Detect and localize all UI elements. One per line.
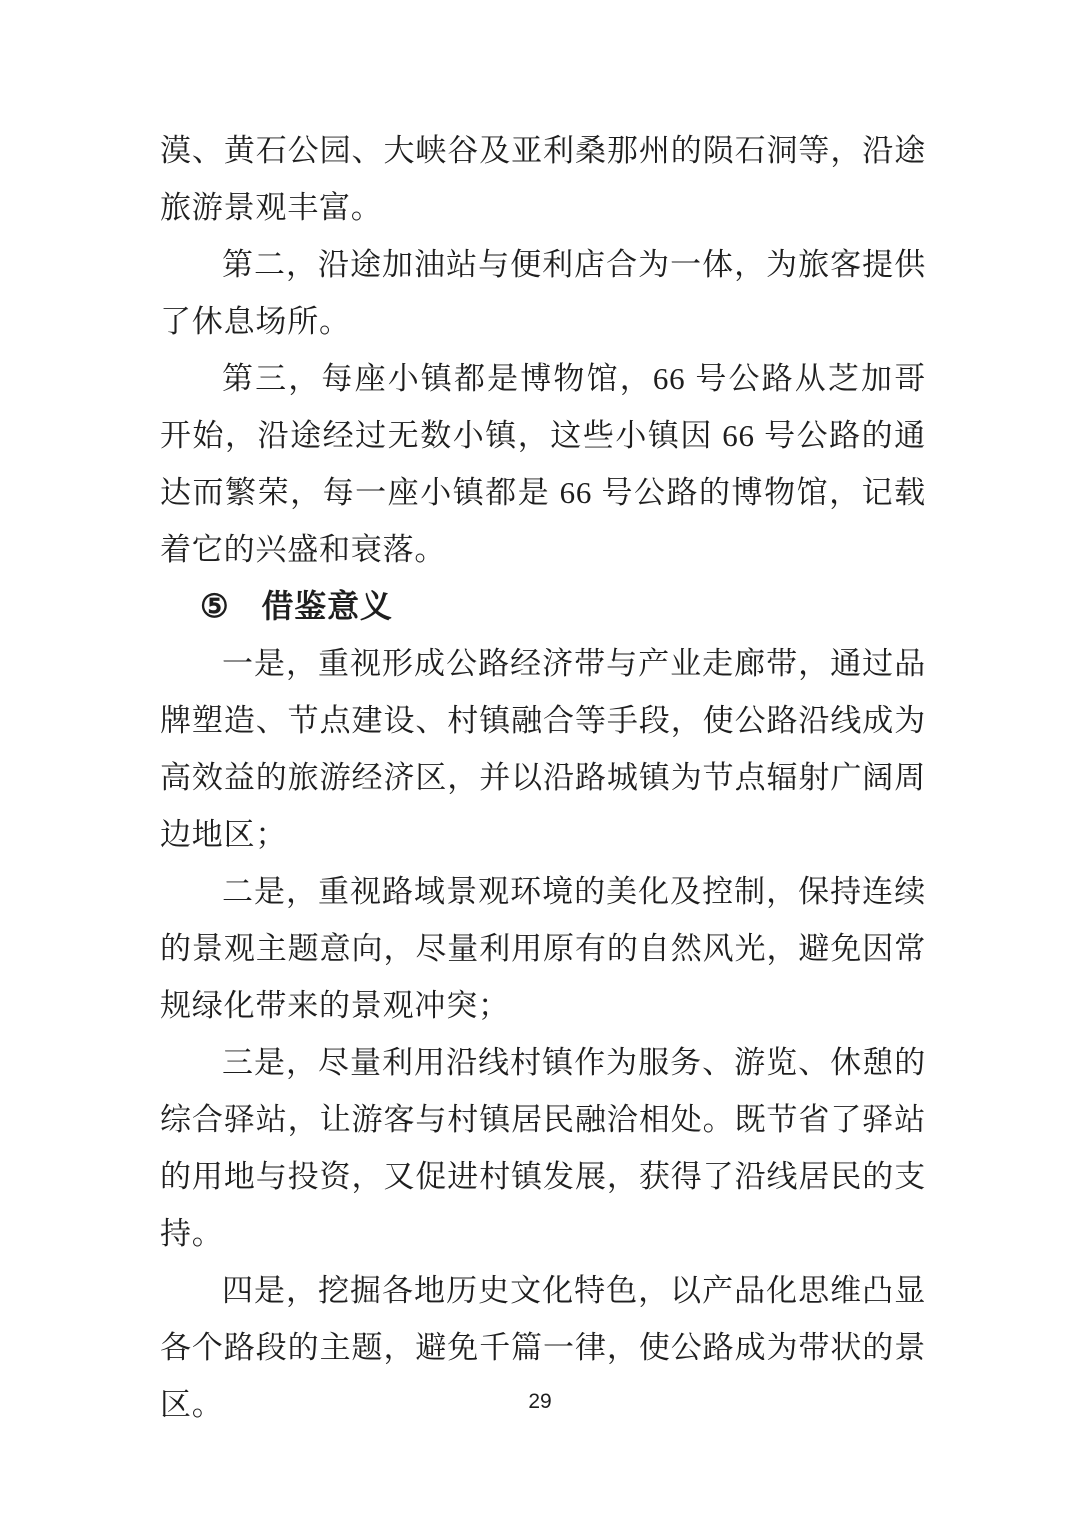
page-number: 29 xyxy=(528,1390,551,1413)
page-footer: 29 xyxy=(0,1390,1080,1414)
paragraph-lesson-one: 一是，重视形成公路经济带与产业走廊带，通过品牌塑造、节点建设、村镇融合等手段，使… xyxy=(160,635,926,863)
document-content: 漠、黄石公园、大峡谷及亚利桑那州的陨石洞等，沿途旅游景观丰富。 第二，沿途加油站… xyxy=(160,122,926,1433)
paragraph-continuation: 漠、黄石公园、大峡谷及亚利桑那州的陨石洞等，沿途旅游景观丰富。 xyxy=(160,122,926,236)
document-page: 漠、黄石公园、大峡谷及亚利桑那州的陨石洞等，沿途旅游景观丰富。 第二，沿途加油站… xyxy=(0,0,1080,1528)
section-heading-title: 借鉴意义 xyxy=(262,588,393,624)
section-heading: ⑤借鉴意义 xyxy=(160,578,926,635)
paragraph-second-point: 第二，沿途加油站与便利店合为一体，为旅客提供了休息场所。 xyxy=(160,236,926,350)
paragraph-lesson-three: 三是，尽量利用沿线村镇作为服务、游览、休憩的综合驿站，让游客与村镇居民融洽相处。… xyxy=(160,1034,926,1262)
paragraph-third-point: 第三，每座小镇都是博物馆，66 号公路从芝加哥开始，沿途经过无数小镇，这些小镇因… xyxy=(160,350,926,578)
paragraph-lesson-two: 二是，重视路域景观环境的美化及控制，保持连续的景观主题意向，尽量利用原有的自然风… xyxy=(160,863,926,1034)
section-number-circled: ⑤ xyxy=(200,578,230,635)
